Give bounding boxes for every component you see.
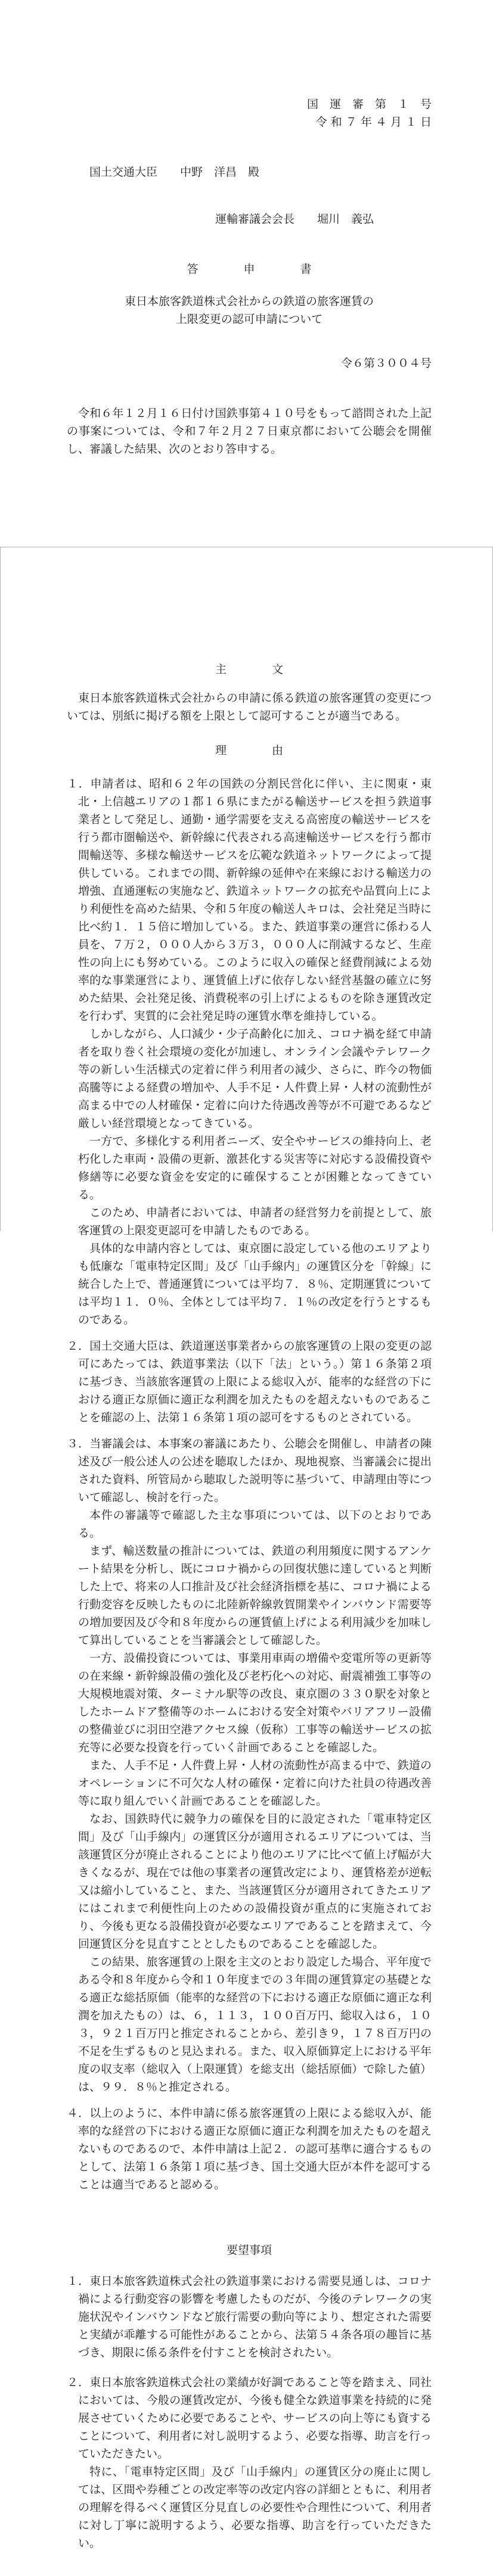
item-number: ４．: [67, 2107, 89, 2120]
request-item-2-paragraph-1: ２．東日本旅客鉄道株式会社の業績が好調であること等を踏まえ、同社においては、今般…: [78, 2373, 432, 2463]
item-text: 国土交通大臣は、鉄道運送事業者からの旅客運賃の上限の変更の認可にあたっては、鉄道…: [78, 1340, 432, 1424]
reason-item-3: ３．当審議会は、本事案の審議にあたり、公聴会を開催し、申請者の陳述及び一般公述人…: [67, 1435, 432, 2096]
document-date: 令 和 ７ 年 ４ 月 １ 日: [67, 113, 432, 131]
reason-item-1-paragraph-5: 具体的な申請内容としては、東京圏に設定している他のエリアよりも低廉な「電車特定区…: [78, 1239, 432, 1329]
subject-title-line1: 東日本旅客鉄道株式会社からの鉄道の旅客運賃の: [67, 292, 432, 310]
reason-item-4: ４．以上のように、本件申請に係る旅客運賃の上限による総収入が、能率的な経営の下に…: [67, 2104, 432, 2194]
request-item-2-paragraph-2: 特に、「電車特定区間」及び「山手線内」の運賃区分の廃止に関しては、区間や券種ごと…: [78, 2463, 432, 2552]
case-number: 令６第３００４号: [67, 354, 432, 372]
reason-item-4-paragraph-1: ４．以上のように、本件申請に係る旅客運賃の上限による総収入が、能率的な経営の下に…: [78, 2104, 432, 2194]
reason-item-3-paragraph-6: なお、国鉄時代に競争力の確保を目的に設定された「電車特定区間」及び「山手線内」の…: [78, 1810, 432, 1953]
document-type-heading: 答 申 書: [67, 260, 432, 278]
subject-title-line2: 上限変更の認可申請について: [67, 310, 432, 328]
main-text-body: 東日本旅客鉄道株式会社からの申請に係る鉄道の旅客運賃の変更については、別紙に掲げ…: [67, 689, 432, 725]
item-number: ２．: [67, 1340, 89, 1353]
reason-item-1: １．申請者は、昭和６２年の国鉄の分割民営化に伴い、主に関東・東北・上信越エリアの…: [67, 775, 432, 1329]
reason-item-1-paragraph-2: しかしながら、人口減少・少子高齢化に加え、コロナ禍を経て申請者を取り巻く社会環境…: [78, 1025, 432, 1132]
reason-item-1-paragraph-3: 一方で、多様化する利用者ニーズ、安全やサービスの維持向上、老朽化した車両・設備の…: [78, 1132, 432, 1204]
item-number: １．: [67, 2275, 89, 2288]
request-heading: 要望事項: [67, 2241, 432, 2259]
request-item-1: １．東日本旅客鉄道株式会社の鉄道事業における需要見通しは、コロナ禍による行動変容…: [67, 2272, 432, 2362]
reason-item-3-paragraph-5: また、人手不足・人件費上昇・人材の流動性が高まる中で、鉄道のオペレーションに不可…: [78, 1756, 432, 1810]
reason-item-1-paragraph-1: １．申請者は、昭和６２年の国鉄の分割民営化に伴い、主に関東・東北・上信越エリアの…: [78, 775, 432, 1025]
reason-item-2-paragraph-1: ２．国土交通大臣は、鉄道運送事業者からの旅客運賃の上限の変更の認可にあたっては、…: [78, 1337, 432, 1426]
reason-item-2: ２．国土交通大臣は、鉄道運送事業者からの旅客運賃の上限の変更の認可にあたっては、…: [67, 1337, 432, 1426]
reason-item-3-paragraph-3: まず、輸送数量の推計については、鉄道の利用頻度に関するアンケート結果を分析し、既…: [78, 1542, 432, 1649]
item-text: 東日本旅客鉄道株式会社の業績が好調であること等を踏まえ、同社においては、今般の運…: [78, 2376, 432, 2460]
answer-report-document: 国 運 審 第 １ 号 令 和 ７ 年 ４ 月 １ 日 国土交通大臣 中野 洋昌…: [0, 0, 493, 2576]
item-text: 以上のように、本件申請に係る旅客運賃の上限による総収入が、能率的な経営の下におけ…: [78, 2107, 432, 2191]
item-text: 東日本旅客鉄道株式会社の鉄道事業における需要見通しは、コロナ禍による行動変容の影…: [78, 2275, 432, 2359]
reason-heading: 理 由: [67, 742, 432, 759]
reason-item-3-paragraph-1: ３．当審議会は、本事案の審議にあたり、公聴会を開催し、申請者の陳述及び一般公述人…: [78, 1435, 432, 1506]
item-number: ２．: [67, 2376, 89, 2389]
item-number: １．: [67, 777, 91, 790]
request-item-2: ２．東日本旅客鉄道株式会社の業績が好調であること等を踏まえ、同社においては、今般…: [67, 2373, 432, 2552]
item-text: 当審議会は、本事案の審議にあたり、公聴会を開催し、申請者の陳述及び一般公述人の公…: [78, 1437, 432, 1504]
reason-item-3-paragraph-2: 本件の審議等で確認した主な事項については、以下のとおりである。: [78, 1506, 432, 1542]
reason-item-3-paragraph-7: この結果、旅客運賃の上限を主文のとおり設定した場合、平年度である令和８年度から令…: [78, 1953, 432, 2096]
item-number: ３．: [67, 1437, 89, 1450]
sender-line: 運輸審議会会長 堀川 義弘: [215, 210, 432, 228]
intro-paragraph: 令和６年１２月１６日付け国鉄事第４１０号をもって諮問された上記の事案については、…: [67, 404, 432, 458]
main-text-heading: 主 文: [67, 661, 432, 678]
item-text: 申請者は、昭和６２年の国鉄の分割民営化に伴い、主に関東・東北・上信越エリアの１都…: [78, 777, 432, 1023]
request-item-1-paragraph-1: １．東日本旅客鉄道株式会社の鉄道事業における需要見通しは、コロナ禍による行動変容…: [78, 2272, 432, 2362]
reason-item-1-paragraph-4: このため、申請者においては、申請者の経営努力を前提として、旅客運賃の上限変更認可…: [78, 1204, 432, 1239]
reason-item-3-paragraph-4: 一方、設備投資については、事業用車両の増備や変電所等の更新等の在来線・新幹線設備…: [78, 1649, 432, 1756]
recipient-line: 国土交通大臣 中野 洋昌 殿: [89, 163, 432, 181]
document-content: 国 運 審 第 １ 号 令 和 ７ 年 ４ 月 １ 日 国土交通大臣 中野 洋昌…: [0, 95, 493, 2576]
document-number: 国 運 審 第 １ 号: [67, 95, 432, 113]
